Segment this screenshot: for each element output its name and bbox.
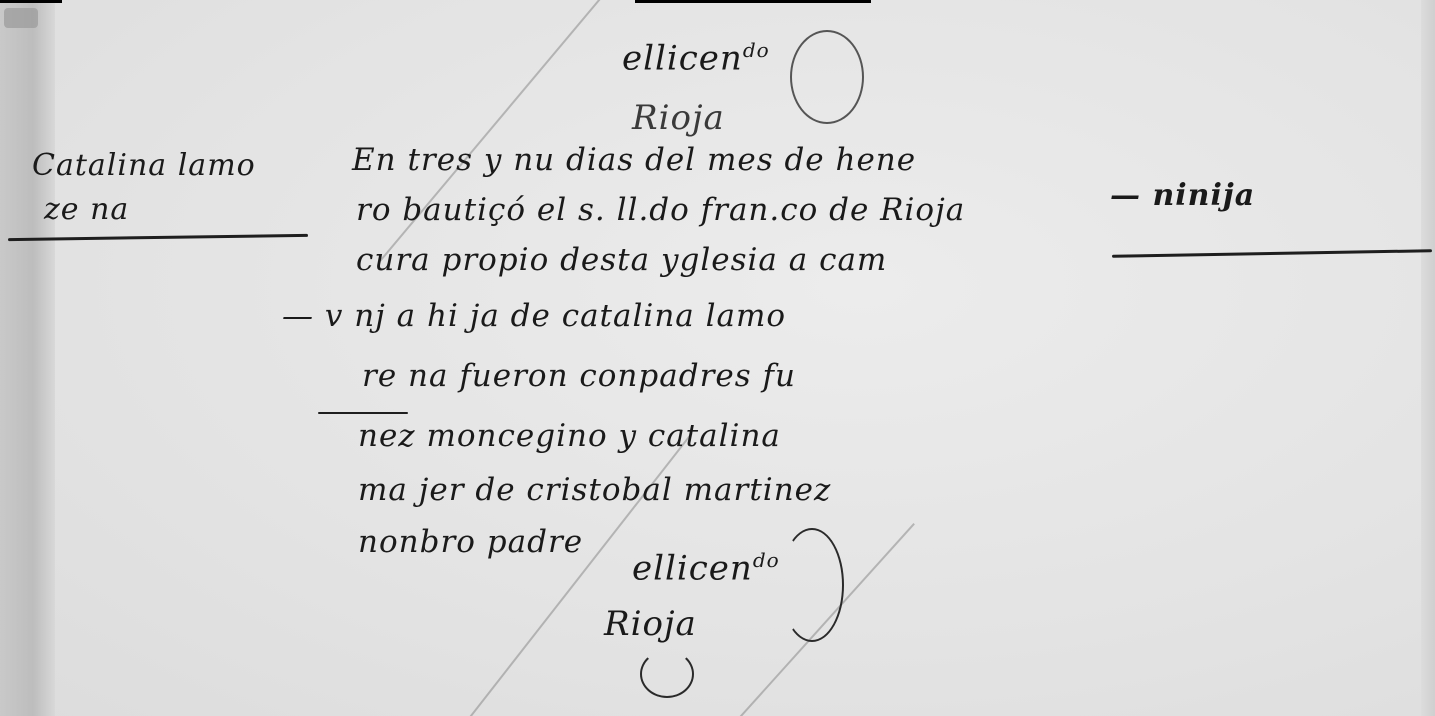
top-signature-line2: Rioja	[632, 98, 725, 138]
record-line-6: nez moncegino y catalina	[358, 418, 781, 454]
signature-superscript: do	[753, 548, 780, 572]
record-line-4: — v nj a hi ja de catalina lamo	[282, 298, 786, 334]
record-line-8: nonbro padre	[358, 524, 583, 560]
signature-text: ellicen	[632, 548, 753, 588]
record-line-2: ro bautiçó el s. ll.do fran.co de Rioja	[356, 192, 965, 228]
bottom-signature-line2: Rioja	[604, 604, 697, 644]
record-line-3: cura propio desta yglesia a cam	[356, 242, 887, 278]
page-edge	[1421, 0, 1435, 716]
top-signature-line1: ellicendo	[622, 38, 770, 78]
margin-name-line2: ze na	[44, 192, 129, 227]
margin-name-line1: Catalina lamo	[32, 148, 256, 183]
record-line-5: re na fueron conpadres fu	[362, 358, 796, 394]
binding-gutter	[0, 0, 55, 716]
signature-flourish	[790, 30, 864, 124]
manuscript-page: ellicendo Rioja Catalina lamo ze na — ni…	[0, 0, 1435, 716]
signature-flourish	[640, 650, 694, 698]
bottom-signature-line1: ellicendo	[632, 548, 780, 588]
right-margin-note: — ninija	[1110, 178, 1255, 213]
right-margin-underline	[1112, 249, 1432, 258]
line-underline	[318, 412, 408, 414]
signature-superscript: do	[743, 38, 770, 62]
scan-edge-bar	[635, 0, 871, 3]
signature-flourish	[780, 528, 844, 642]
folio-mark	[4, 8, 38, 28]
record-line-1: En tres y nu dias del mes de hene	[352, 142, 916, 178]
scan-edge-bar	[0, 0, 62, 3]
signature-text: ellicen	[622, 38, 743, 78]
record-line-7: ma jer de cristobal martinez	[358, 472, 831, 508]
